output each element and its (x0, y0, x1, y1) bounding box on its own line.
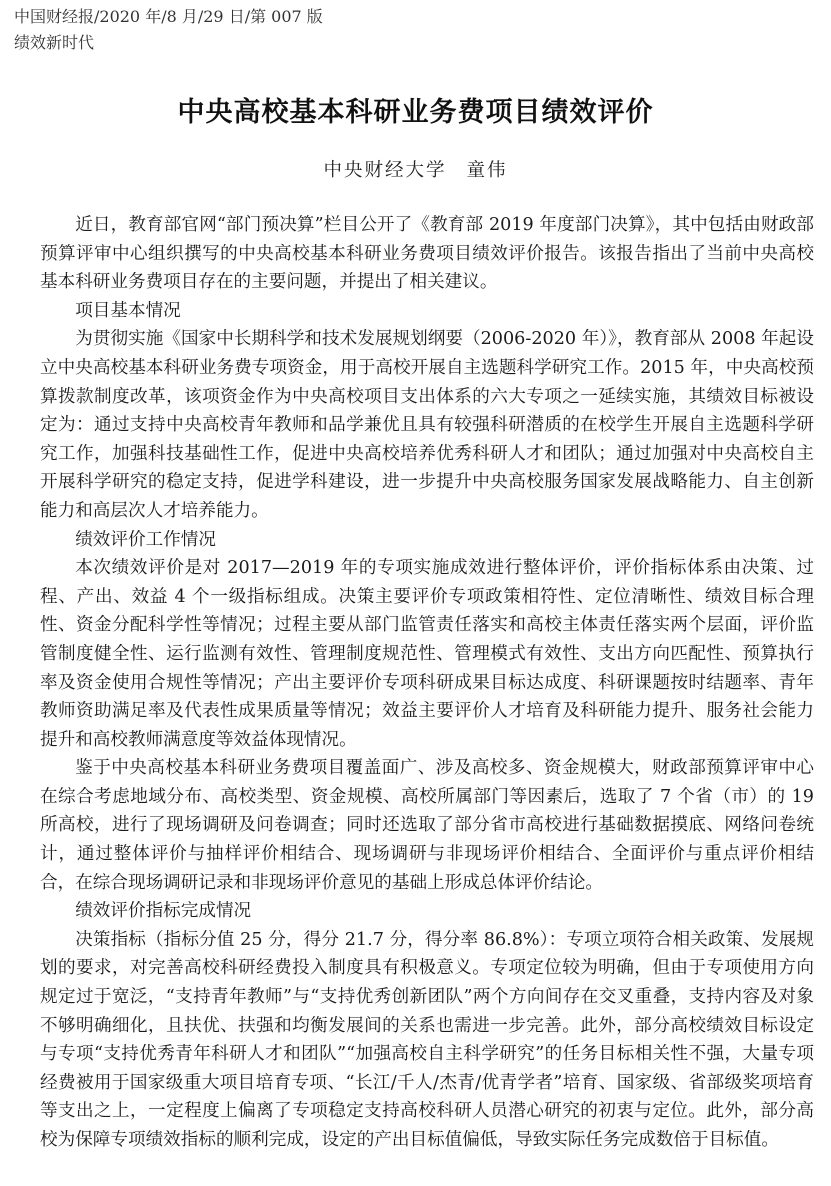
paragraph: 决策指标（指标分值 25 分，得分 21.7 分，得分率 86.8%）：专项立项… (40, 926, 814, 1155)
column-name: 绩效新时代 (14, 30, 323, 56)
paragraph: 为贯彻实施《国家中长期科学和技术发展规划纲要（2006-2020 年）》，教育部… (40, 325, 814, 525)
author-name: 童伟 (467, 160, 508, 181)
paragraph: 鉴于中央高校基本科研业务费项目覆盖面广、涉及高校多、资金规模大，财政部预算评审中… (40, 754, 814, 897)
article-title: 中央高校基本科研业务费项目绩效评价 (0, 90, 831, 129)
section-heading: 绩效评价指标完成情况 (40, 897, 814, 926)
byline: 中央财经大学童伟 (0, 156, 831, 182)
author-affiliation: 中央财经大学 (323, 160, 446, 181)
section-heading: 项目基本情况 (40, 297, 814, 326)
paragraph-intro: 近日，教育部官网“部门预决算”栏目公开了《教育部 2019 年度部门决算》，其中… (40, 211, 814, 297)
section-heading: 绩效评价工作情况 (40, 526, 814, 555)
source-line: 中国财经报/2020 年/8 月/29 日/第 007 版 (14, 4, 323, 30)
article-body: 近日，教育部官网“部门预决算”栏目公开了《教育部 2019 年度部门决算》，其中… (40, 211, 814, 1155)
paragraph: 本次绩效评价是对 2017—2019 年的专项实施成效进行整体评价，评价指标体系… (40, 554, 814, 754)
publication-header: 中国财经报/2020 年/8 月/29 日/第 007 版 绩效新时代 (14, 4, 323, 56)
